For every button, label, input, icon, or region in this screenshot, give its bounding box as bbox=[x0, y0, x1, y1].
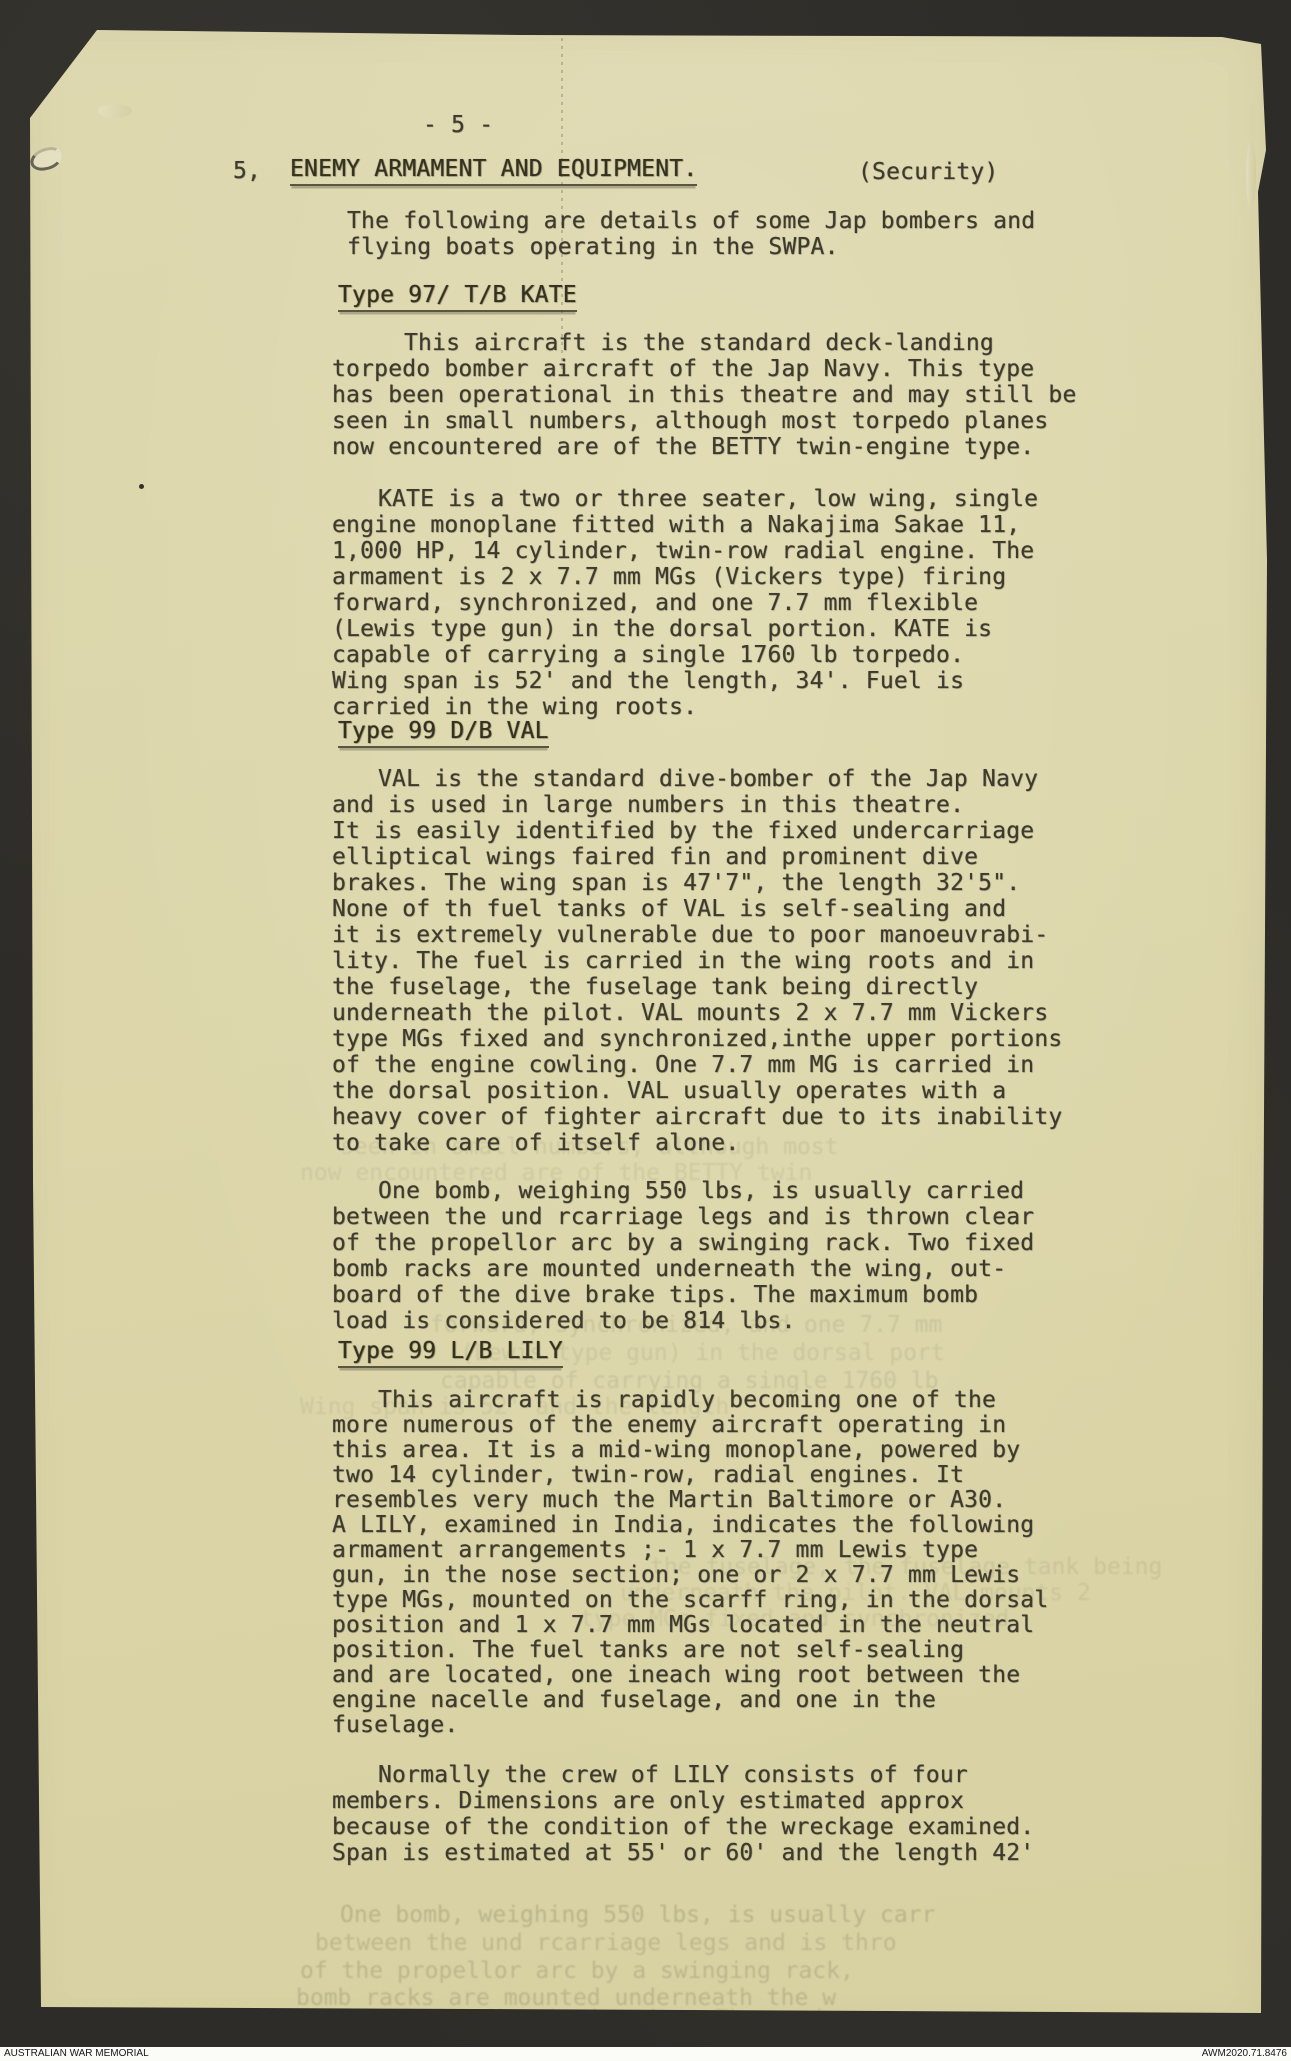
intro-paragraph: The following are details of some Jap bo… bbox=[347, 208, 1035, 260]
fold-line bbox=[561, 30, 563, 375]
paper-tear bbox=[28, 145, 64, 173]
security-note: (Security) bbox=[858, 159, 998, 185]
document-title: ENEMY ARMAMENT AND EQUIPMENT. bbox=[290, 156, 697, 186]
ghost-text: One bomb, weighing 550 lbs, is usually c… bbox=[340, 1902, 935, 1928]
paper-crease bbox=[98, 104, 132, 118]
val-paragraph-1: VAL is the standard dive-bomber of the J… bbox=[332, 766, 1062, 1156]
kate-paragraph-2: KATE is a two or three seater, low wing,… bbox=[332, 486, 1038, 720]
footer-left-label: AUSTRALIAN WAR MEMORIAL bbox=[4, 2047, 149, 2061]
val-heading: Type 99 D/B VAL bbox=[338, 718, 549, 748]
footer-bar: AUSTRALIAN WAR MEMORIAL AWM2020.71.8476 bbox=[0, 2047, 1291, 2061]
lily-paragraph-2: Normally the crew of LILY consists of fo… bbox=[332, 1762, 1034, 1866]
lily-paragraph-1: This aircraft is rapidly becoming one of… bbox=[332, 1388, 1048, 1738]
kate-heading: Type 97/ T/B KATE bbox=[338, 282, 577, 312]
ghost-text: of the propellor arc by a swinging rack, bbox=[300, 1958, 854, 1984]
scan-background: seen in small numbers, although most now… bbox=[0, 0, 1291, 2061]
page-number: - 5 - bbox=[423, 112, 493, 138]
paper-speck bbox=[36, 62, 42, 68]
paper-speck bbox=[139, 484, 144, 489]
kate-paragraph-1: This aircraft is the standard deck-landi… bbox=[332, 330, 1077, 460]
section-number: 5, bbox=[233, 158, 261, 184]
ghost-text: between the und rcarriage legs and is th… bbox=[315, 1930, 897, 1956]
paper-crease bbox=[1246, 140, 1256, 210]
ghost-text: board of the dive brake tips. The maximu bbox=[300, 2006, 854, 2032]
footer-right-label: AWM2020.71.8476 bbox=[1202, 2047, 1287, 2061]
val-paragraph-2: One bomb, weighing 550 lbs, is usually c… bbox=[332, 1178, 1034, 1334]
lily-heading: Type 99 L/B LILY bbox=[338, 1338, 563, 1368]
document-paper: seen in small numbers, although most now… bbox=[0, 0, 1291, 2061]
